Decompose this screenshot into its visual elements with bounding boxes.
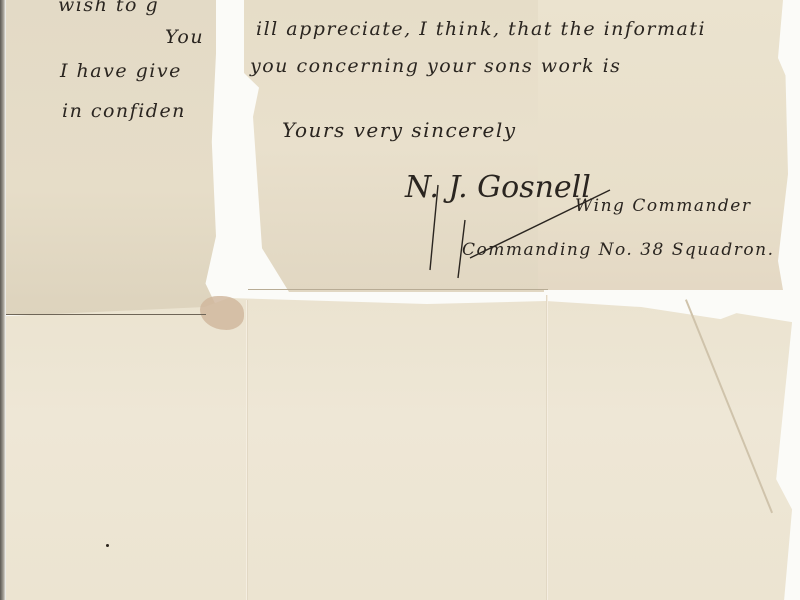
- letter-line-3-right: you concerning your sons work is: [250, 55, 621, 77]
- fold-crease-vertical-left: [246, 300, 248, 600]
- letter-line-4-left: in confiden: [62, 100, 186, 122]
- fold-crease-horizontal-left: [6, 314, 206, 315]
- fold-crease-horizontal-middle: [248, 289, 548, 290]
- signatory-title: Wing Commander: [575, 196, 751, 216]
- scan-edge-shadow: [0, 0, 6, 600]
- letter-line-2-right: ill appreciate, I think, that the inform…: [256, 18, 706, 40]
- ink-speck: [106, 544, 109, 547]
- signature-flourish: [410, 160, 630, 280]
- closing-salutation: Yours very sincerely: [282, 118, 517, 142]
- letter-line-3-left: I have give: [60, 60, 182, 82]
- fold-crease-vertical-right: [546, 295, 548, 600]
- letter-line-2-left: You: [165, 26, 204, 48]
- letter-line-1-left: wish to g: [58, 0, 159, 16]
- scanned-letter: wish to g You ill appreciate, I think, t…: [0, 0, 800, 600]
- paper-lower-half-blank: [6, 298, 800, 600]
- signatory-unit: Commanding No. 38 Squadron.: [462, 240, 774, 260]
